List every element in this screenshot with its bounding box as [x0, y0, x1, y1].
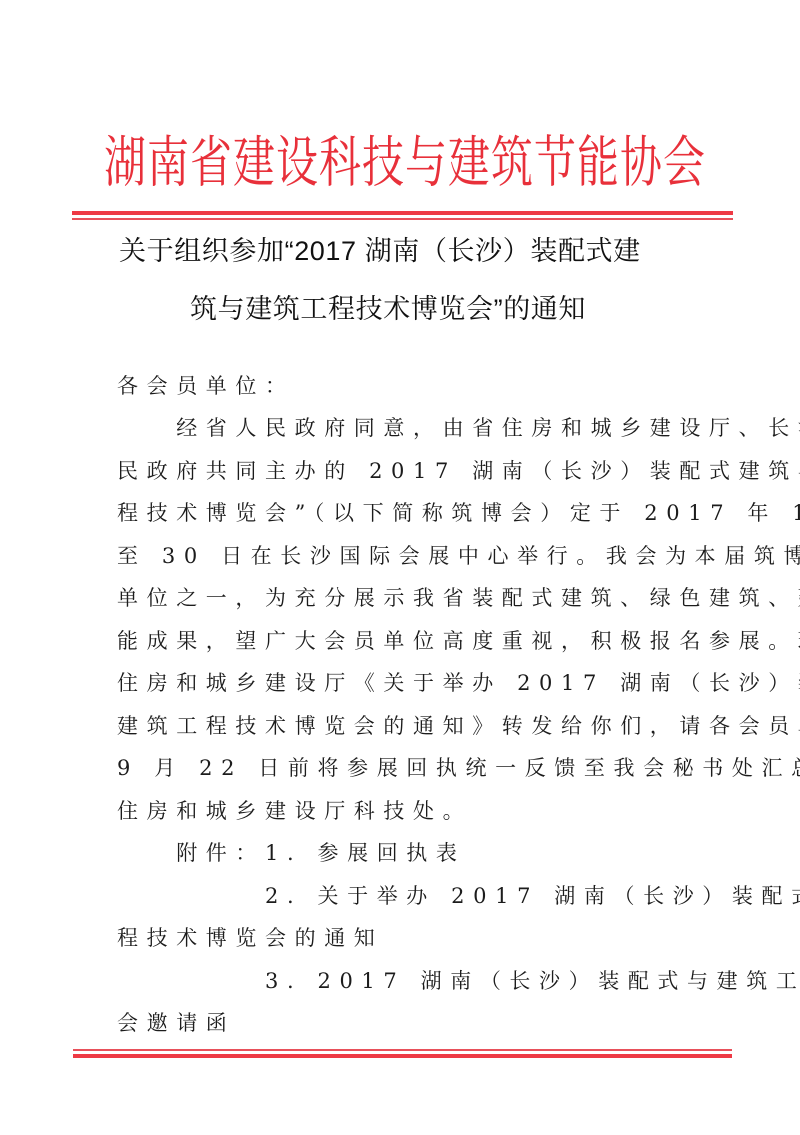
- letterhead-title: 湖南省建设科技与建筑节能协会: [104, 117, 706, 209]
- body-line: 经省人民政府同意，由省住房和城乡建设厅、长沙市人: [117, 413, 800, 443]
- body-line: 至 30 日在长沙国际会展中心举行。我会为本届筑博会承办: [117, 541, 800, 571]
- body-line: 程技术博览会”（以下简称筑博会）定于 2017 年 11 月 28 日: [117, 498, 800, 528]
- body-line: 单位之一，为充分展示我省装配式建筑、绿色建筑、建筑节: [117, 583, 800, 613]
- body-line: 民政府共同主办的 2017 湖南（长沙）装配式建筑与建筑工: [117, 456, 800, 486]
- attachment-line: 会邀请函: [117, 1008, 235, 1038]
- document-title-line-2: 筑与建筑工程技术博览会”的通知: [190, 292, 586, 326]
- body-line: 住房和城乡建设厅科技处。: [117, 796, 472, 826]
- attachment-line: 3. 2017 湖南（长沙）装配式与建筑工程技术博览: [117, 966, 800, 996]
- attachment-line: 2. 关于举办 2017 湖南（长沙）装配式与建筑工: [117, 881, 800, 911]
- attachment-line: 程技术博览会的通知: [117, 923, 383, 953]
- salutation: 各会员单位：: [117, 371, 295, 401]
- document-title-line-1: 关于组织参加“2017 湖南（长沙）装配式建: [119, 234, 641, 268]
- body-line: 能成果，望广大会员单位高度重视，积极报名参展。现将省: [117, 626, 800, 656]
- attachment-line: 附件：1. 参展回执表: [117, 838, 466, 868]
- body-line: 建筑工程技术博览会的通知》转发给你们，请各会员单位于: [117, 711, 800, 741]
- footer-rule-thick: [73, 1054, 732, 1058]
- body-line: 住房和城乡建设厅《关于举办 2017 湖南（长沙）装配式与: [117, 668, 800, 698]
- letterhead-rule-thick: [72, 211, 733, 215]
- body-line: 9 月 22 日前将参展回执统一反馈至我会秘书处汇总后报至省: [117, 753, 800, 783]
- footer-rule-thin: [73, 1049, 732, 1051]
- letterhead-rule-thin: [72, 218, 733, 220]
